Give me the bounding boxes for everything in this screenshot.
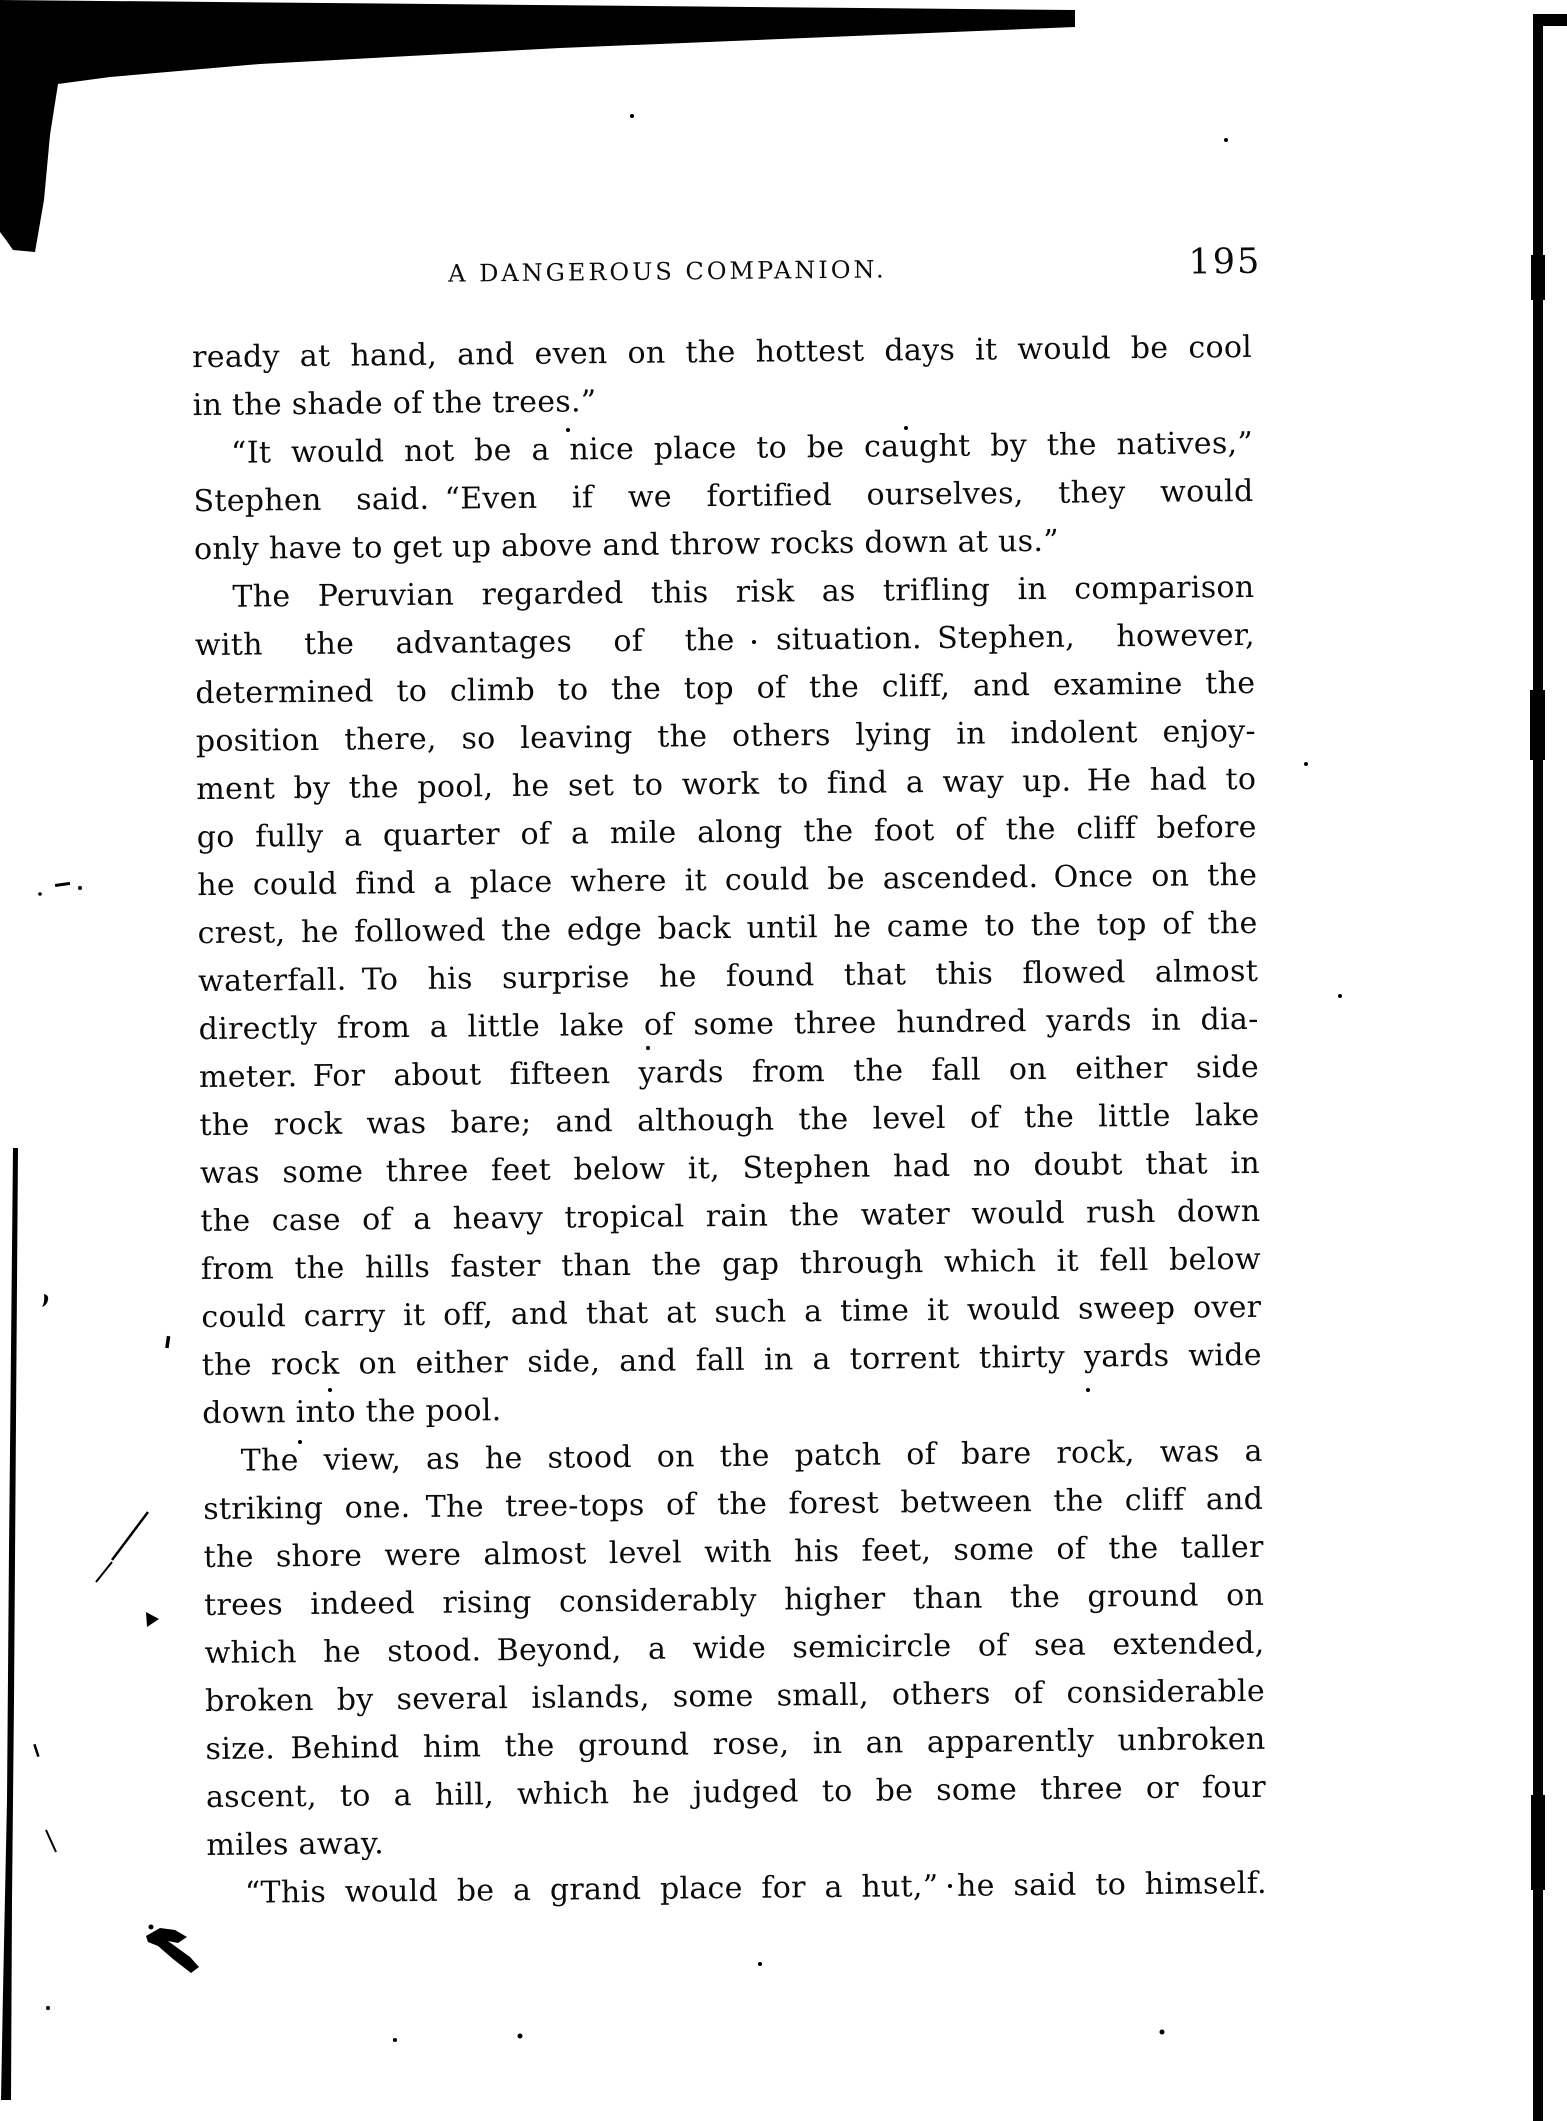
body-text: ready at hand, and even on the hottest d… xyxy=(192,324,1267,1918)
text-line: “This would be a grand place for a hut,”… xyxy=(207,1860,1267,1918)
running-header: A DANGEROUS COMPANION. xyxy=(137,252,1197,290)
scan-artifact-top-wedge xyxy=(0,0,1075,252)
scan-artifact-left-gutter-line xyxy=(1,1148,18,2100)
page-content: A DANGEROUS COMPANION. 195 ready at hand… xyxy=(191,250,1251,260)
text-line: Stephen said. “Even if we fortified ours… xyxy=(193,468,1253,526)
text-line: ready at hand, and even on the hottest d… xyxy=(192,324,1252,382)
page-number: 195 xyxy=(1188,242,1261,283)
text-line: ascent, to a hill, which he judged to be… xyxy=(206,1764,1266,1822)
text-line: the rock on either side, and fall in a t… xyxy=(202,1332,1262,1390)
scanned-page: A DANGEROUS COMPANION. 195 ready at hand… xyxy=(0,0,1567,2121)
scan-artifact-right-edge-line xyxy=(1530,14,1567,2121)
scan-artifact-ink-blot xyxy=(146,1925,199,1974)
